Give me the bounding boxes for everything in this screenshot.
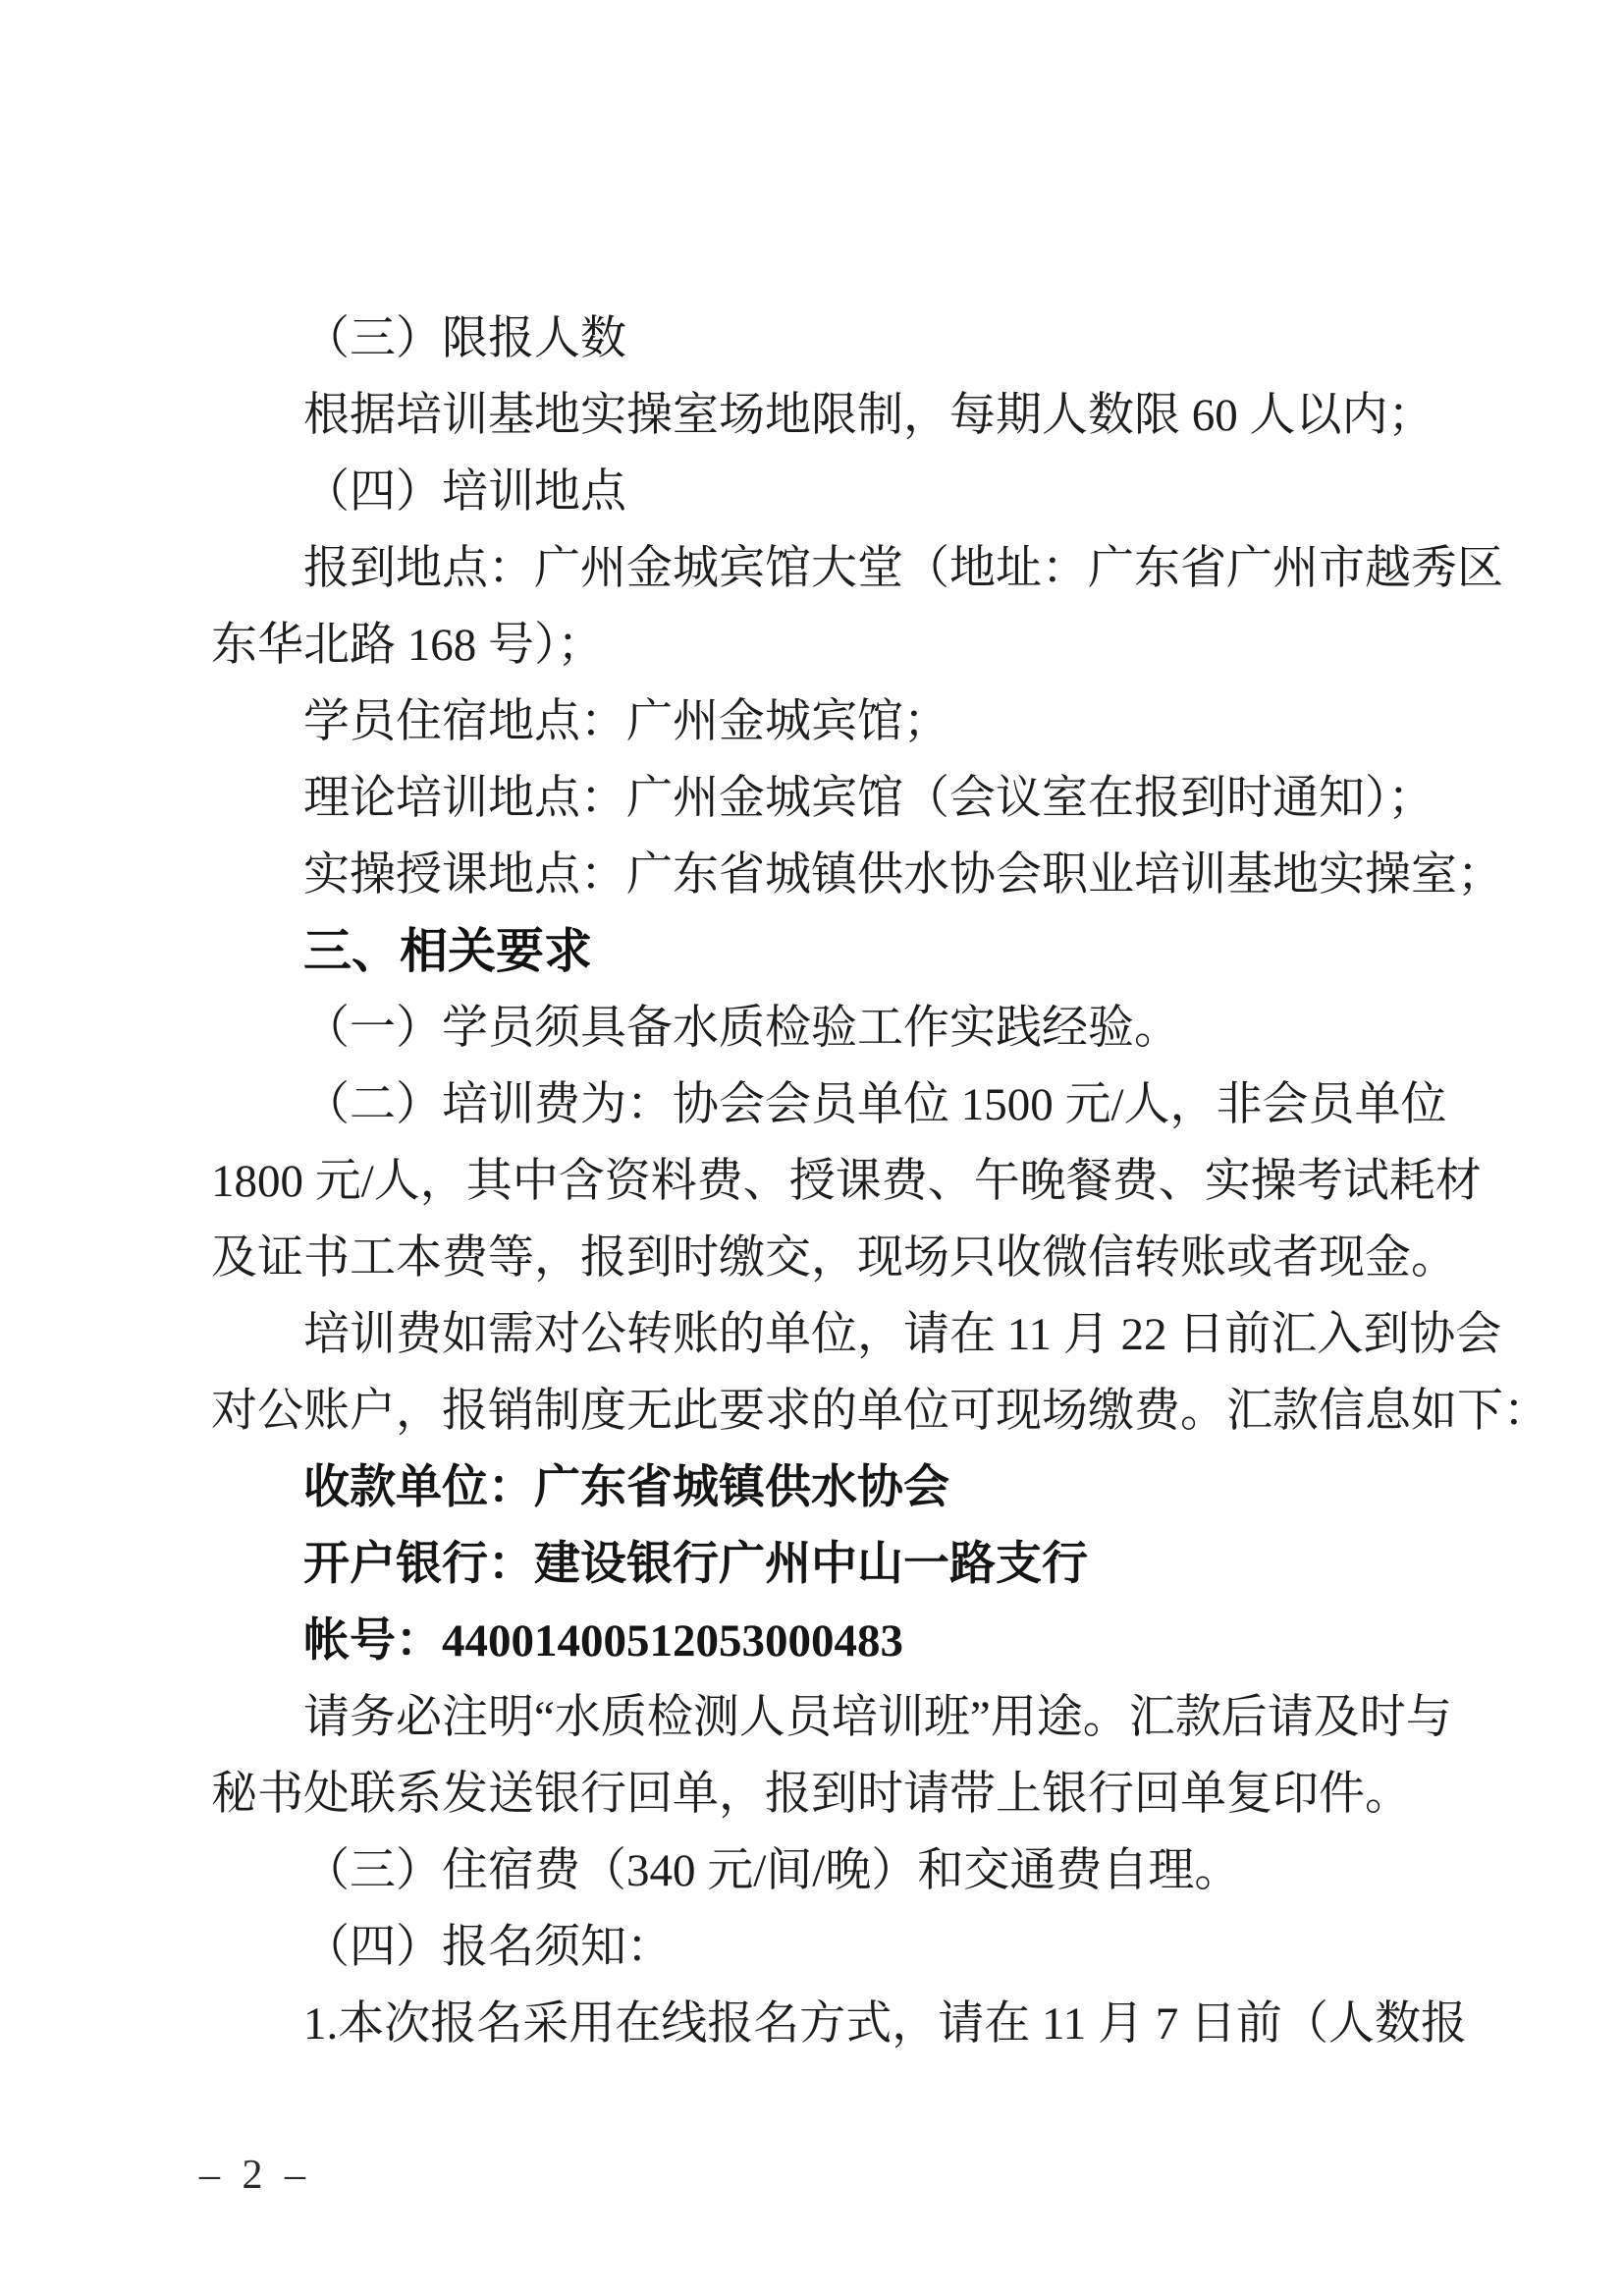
page-number: – 2 – [199, 2137, 311, 2214]
subsection-heading: （四）培训地点 [211, 454, 1415, 530]
document-page: （三）限报人数根据培训基地实操室场地限制，每期人数限 60 人以内；（四）培训地… [0, 0, 1623, 2296]
document-line: 秘书处联系发送银行回单，报到时请带上银行回单复印件。 [211, 1756, 1415, 1832]
subsection-heading: （三）限报人数 [211, 301, 1415, 377]
bank-info-line: 帐号：44001400512053000483 [211, 1603, 1415, 1679]
document-line: 理论培训地点：广州金城宾馆（会议室在报到时通知）； [211, 760, 1415, 837]
document-line: 及证书工本费等，报到时缴交，现场只收微信转账或者现金。 [211, 1220, 1415, 1296]
document-line: 1800 元/人，其中含资料费、授课费、午晚餐费、实操考试耗材 [211, 1143, 1415, 1220]
document-line: （四）报名须知： [211, 1909, 1415, 1986]
document-line: （三）住宿费（340 元/间/晚）和交通费自理。 [211, 1832, 1415, 1909]
document-line: 东华北路 168 号）； [211, 607, 1415, 683]
document-line: 对公账户，报销制度无此要求的单位可现场缴费。汇款信息如下： [211, 1373, 1415, 1449]
document-line: 培训费如需对公转账的单位，请在 11 月 22 日前汇入到协会 [211, 1296, 1415, 1373]
bank-info-line: 收款单位：广东省城镇供水协会 [211, 1449, 1415, 1526]
document-line: 请务必注明“水质检测人员培训班”用途。汇款后请及时与 [211, 1679, 1415, 1756]
document-line: 根据培训基地实操室场地限制，每期人数限 60 人以内； [211, 377, 1415, 454]
document-line: 实操授课地点：广东省城镇供水协会职业培训基地实操室； [211, 837, 1415, 913]
section-heading: 三、相关要求 [211, 913, 1415, 990]
document-line: 报到地点：广州金城宾馆大堂（地址：广东省广州市越秀区 [211, 530, 1415, 607]
document-line: 1.本次报名采用在线报名方式，请在 11 月 7 日前（人数报 [211, 1986, 1415, 2062]
document-line: （二）培训费为：协会会员单位 1500 元/人，非会员单位 [211, 1066, 1415, 1143]
document-line: （一）学员须具备水质检验工作实践经验。 [211, 990, 1415, 1066]
bank-info-line: 开户银行：建设银行广州中山一路支行 [211, 1526, 1415, 1603]
text-lines: （三）限报人数根据培训基地实操室场地限制，每期人数限 60 人以内；（四）培训地… [211, 301, 1415, 2062]
document-line: 学员住宿地点：广州金城宾馆； [211, 683, 1415, 760]
